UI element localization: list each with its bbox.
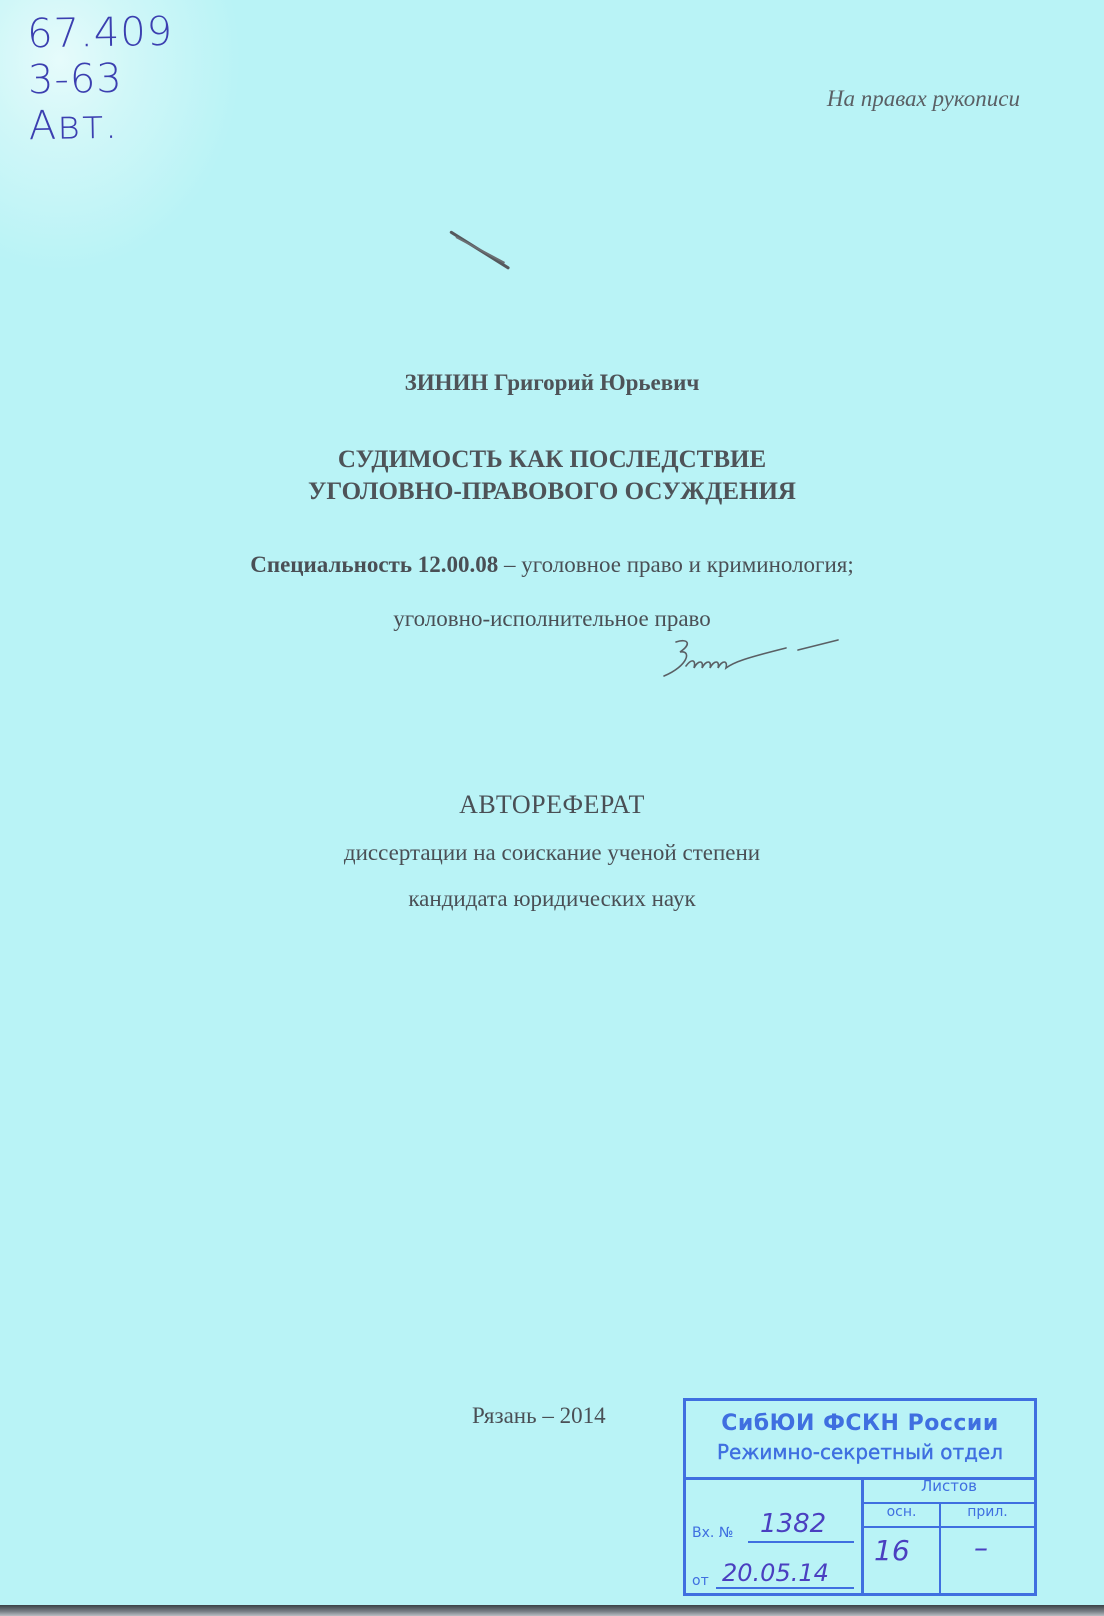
incoming-underline (748, 1541, 854, 1543)
city-year: Рязань – 2014 (472, 1403, 606, 1429)
document-page: 67.409 3-63 Авт. На правах рукописи ЗИНИ… (0, 0, 1104, 1605)
code-line: 3-63 (28, 55, 175, 104)
dissertation-line-1: диссертации на соискание ученой степени (0, 840, 1104, 866)
author-name: ЗИНИН Григорий Юрьевич (0, 370, 1104, 396)
incoming-number: 1382 (760, 1509, 826, 1539)
appendix-sheets-label: прил. (941, 1504, 1034, 1528)
document-type: АВТОРЕФЕРАТ (0, 790, 1104, 820)
title-line: СУДИМОСТЬ КАК ПОСЛЕДСТВИЕ (0, 444, 1104, 476)
specialty-continued: уголовно-исполнительное право (0, 606, 1104, 632)
document-title: СУДИМОСТЬ КАК ПОСЛЕДСТВИЕ УГОЛОВНО-ПРАВО… (0, 444, 1104, 508)
specialty-label: Специальность 12.00.08 (250, 552, 498, 577)
main-sheets-label: осн. (864, 1504, 941, 1528)
specialty-text: – уголовное право и криминология; (498, 552, 854, 577)
code-line: 67.409 (27, 9, 174, 58)
incoming-date: 20.05.14 (722, 1559, 829, 1587)
stamp-sheets-section: Листов осн. прил. 16 – (864, 1477, 1034, 1593)
dissertation-line-2: кандидата юридических наук (0, 886, 1104, 912)
main-sheets-value: 16 (874, 1534, 910, 1567)
main-sheets-cell: 16 (864, 1528, 941, 1593)
stamp-incoming-section: Вх. № 1382 от 20.05.14 (686, 1477, 864, 1593)
registration-stamp: СибЮИ ФСКН России Режимно-секретный отде… (683, 1398, 1037, 1596)
date-underline (716, 1587, 854, 1589)
title-line: УГОЛОВНО-ПРАВОВОГО ОСУЖДЕНИЯ (0, 476, 1104, 508)
library-code-handwritten: 67.409 3-63 Авт. (27, 9, 175, 150)
rights-note: На правах рукописи (827, 86, 1020, 112)
sheets-label: Листов (864, 1477, 1034, 1504)
stamp-header: СибЮИ ФСКН России Режимно-секретный отде… (686, 1401, 1034, 1480)
appendix-sheets-value: – (974, 1531, 988, 1564)
scan-bottom-edge (0, 1605, 1104, 1616)
stamp-org: СибЮИ ФСКН России (686, 1411, 1034, 1436)
incoming-label: Вх. № (692, 1525, 733, 1541)
stamp-dept: Режимно-секретный отдел (686, 1440, 1034, 1464)
specialty: Специальность 12.00.08 – уголовное право… (0, 552, 1104, 578)
from-label: от (692, 1573, 709, 1589)
signature-icon (658, 636, 868, 682)
code-line: Авт. (28, 101, 175, 150)
pen-mark-icon (456, 236, 506, 264)
